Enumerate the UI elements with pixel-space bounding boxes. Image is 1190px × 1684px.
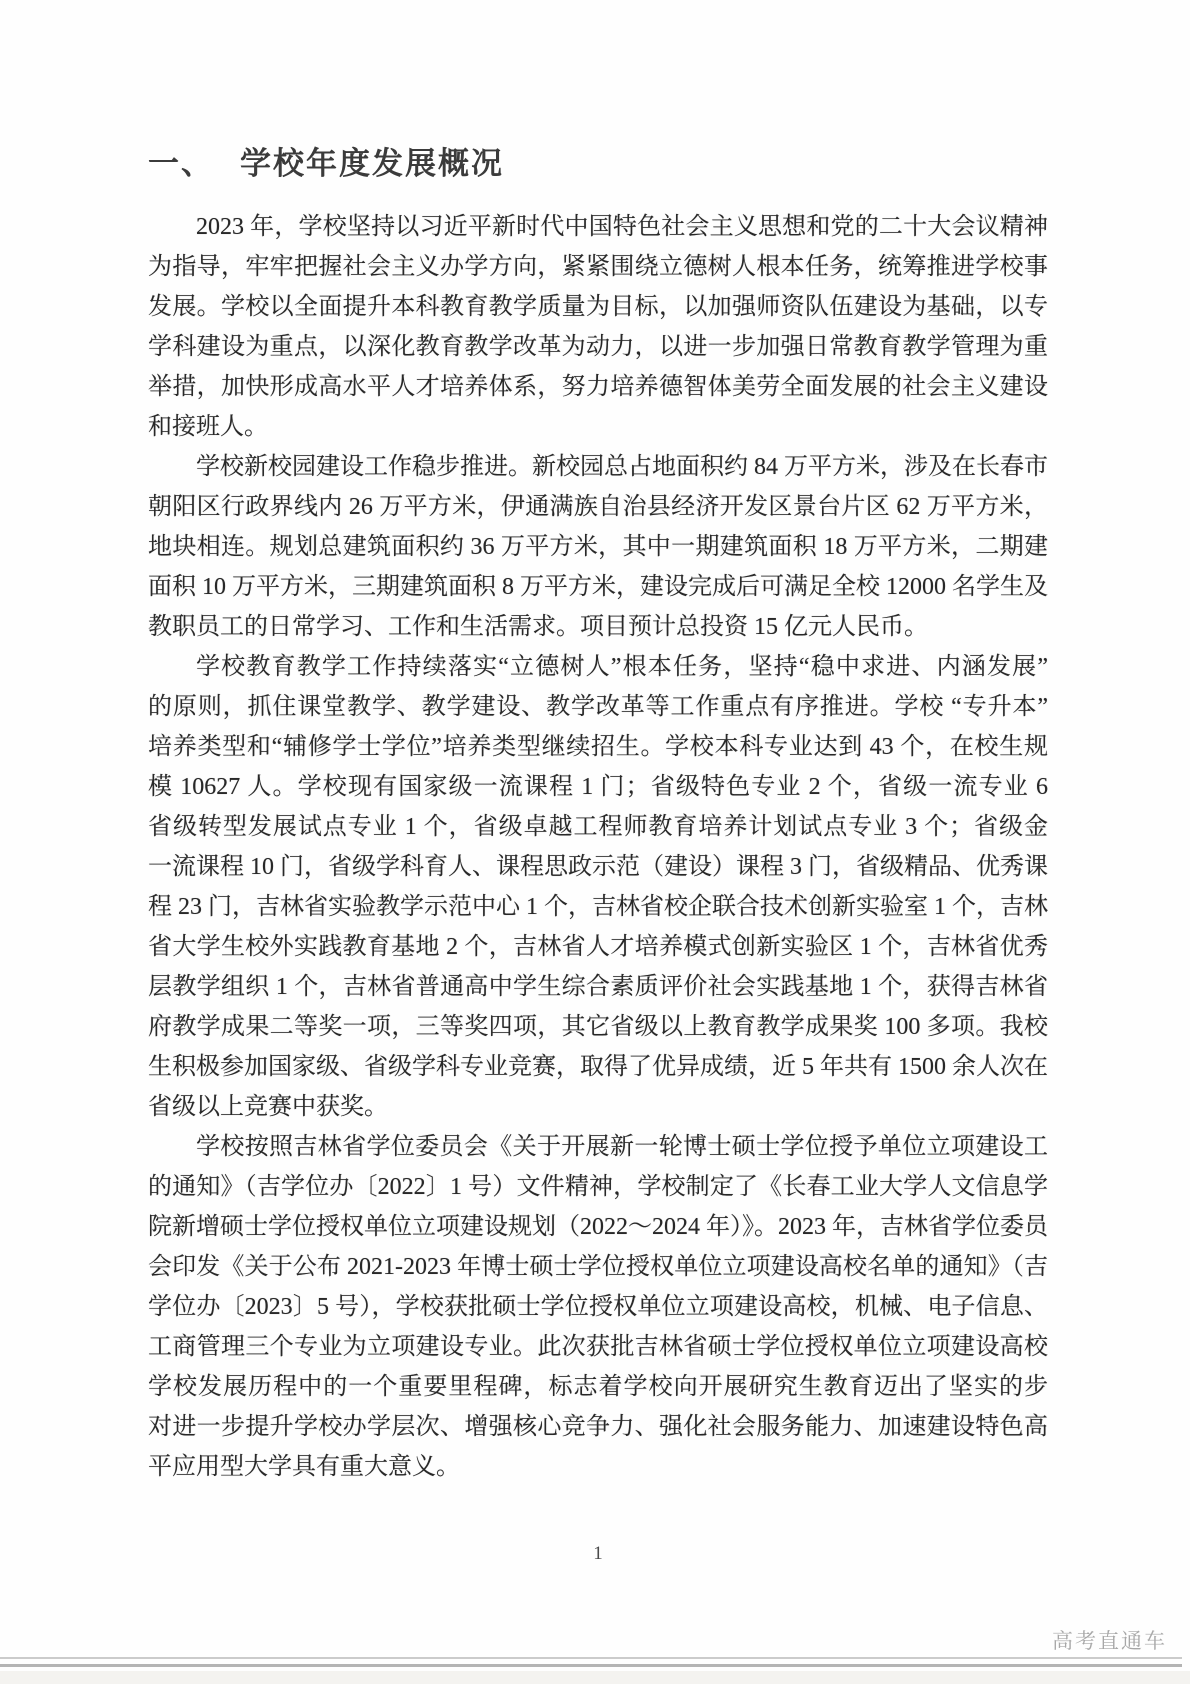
text-line: 学位办〔2023〕5 号），学校获批硕士学位授权单位立项建设高校，机械、电子信息… (148, 1287, 1048, 1327)
text-line: 和接班人。 (148, 407, 1048, 447)
text-line: 会印发《关于公布 2021-2023 年博士硕士学位授权单位立项建设高校名单的通… (148, 1247, 1048, 1287)
text-line: 举措，加快形成高水平人才培养体系，努力培养德智体美劳全面发展的社会主义建设者 (148, 367, 1048, 407)
bottom-rule-lower (0, 1664, 1182, 1667)
text-line: 模 10627 人。学校现有国家级一流课程 1 门；省级特色专业 2 个，省级一… (148, 767, 1048, 807)
text-line: 教职员工的日常学习、工作和生活需求。项目预计总投资 15 亿元人民币。 (148, 607, 1048, 647)
text-line: 发展。学校以全面提升本科教育教学质量为目标，以加强师资队伍建设为基础，以专业 (148, 287, 1048, 327)
text-line: 程 23 门，吉林省实验教学示范中心 1 个，吉林省校企联合技术创新实验室 1 … (148, 887, 1048, 927)
text-line: 培养类型和“辅修学士学位”培养类型继续招生。学校本科专业达到 43 个，在校生规 (148, 727, 1048, 767)
text-line: 省大学生校外实践教育基地 2 个，吉林省人才培养模式创新实验区 1 个，吉林省优… (148, 927, 1048, 967)
text-line: 院新增硕士学位授权单位立项建设规划（2022～2024 年）》。2023 年，吉… (148, 1207, 1048, 1247)
document-page: 一、学校年度发展概况 2023 年，学校坚持以习近平新时代中国特色社会主义思想和… (0, 0, 1190, 1684)
scan-edge-strip (0, 1671, 1190, 1684)
section-title: 学校年度发展概况 (240, 146, 504, 181)
text-line: 学校教育教学工作持续落实“立德树人”根本任务，坚持“稳中求进、内涵发展” (148, 647, 1048, 687)
text-line: 学校发展历程中的一个重要里程碑，标志着学校向开展研究生教育迈出了坚实的步伐， (148, 1367, 1048, 1407)
section-number: 一、 (148, 146, 214, 181)
paragraph: 学校新校园建设工作稳步推进。新校园总占地面积约 84 万平方米，涉及在长春市朝阳… (148, 447, 1048, 647)
text-line: 学校新校园建设工作稳步推进。新校园总占地面积约 84 万平方米，涉及在长春市 (148, 447, 1048, 487)
text-line: 2023 年，学校坚持以习近平新时代中国特色社会主义思想和党的二十大会议精神 (148, 207, 1048, 247)
watermark-text: 高考直通车 (1052, 1629, 1167, 1655)
text-line: 生积极参加国家级、省级学科专业竞赛，取得了优异成绩，近 5 年共有 1500 余… (148, 1047, 1048, 1087)
text-line: 省级以上竞赛中获奖。 (148, 1087, 1048, 1127)
text-line: 对进一步提升学校办学层次、增强核心竞争力、强化社会服务能力、加速建设特色高水 (148, 1407, 1048, 1447)
text-line: 为指导，牢牢把握社会主义办学方向，紧紧围绕立德树人根本任务，统筹推进学校事业 (148, 247, 1048, 287)
text-line: 学科建设为重点，以深化教育教学改革为动力，以进一步加强日常教育教学管理为重要 (148, 327, 1048, 367)
text-line: 的通知》（吉学位办〔2022〕1 号）文件精神，学校制定了《长春工业大学人文信息… (148, 1167, 1048, 1207)
paragraph: 学校按照吉林省学位委员会《关于开展新一轮博士硕士学位授予单位立项建设工作的通知》… (148, 1127, 1048, 1487)
paragraph: 学校教育教学工作持续落实“立德树人”根本任务，坚持“稳中求进、内涵发展”的原则，… (148, 647, 1048, 1127)
body-text: 2023 年，学校坚持以习近平新时代中国特色社会主义思想和党的二十大会议精神为指… (148, 207, 1048, 1487)
text-line: 平应用型大学具有重大意义。 (148, 1447, 1048, 1487)
text-line: 府教学成果二等奖一项，三等奖四项，其它省级以上教育教学成果奖 100 多项。我校… (148, 1007, 1048, 1047)
text-line: 工商管理三个专业为立项建设专业。此次获批吉林省硕士学位授权单位立项建设高校是 (148, 1327, 1048, 1367)
text-line: 省级转型发展试点专业 1 个，省级卓越工程师教育培养计划试点专业 3 个；省级金… (148, 807, 1048, 847)
text-line: 的原则，抓住课堂教学、教学建设、教学改革等工作重点有序推进。学校 “专升本” (148, 687, 1048, 727)
section-heading: 一、学校年度发展概况 (148, 144, 504, 184)
text-line: 朝阳区行政界线内 26 万平方米，伊通满族自治县经济开发区景台片区 62 万平方… (148, 487, 1048, 527)
text-line: 面积 10 万平方米，三期建筑面积 8 万平方米，建设完成后可满足全校 1200… (148, 567, 1048, 607)
text-line: 地块相连。规划总建筑面积约 36 万平方米，其中一期建筑面积 18 万平方米，二… (148, 527, 1048, 567)
paragraph: 2023 年，学校坚持以习近平新时代中国特色社会主义思想和党的二十大会议精神为指… (148, 207, 1048, 447)
page-number: 1 (148, 1543, 1048, 1565)
bottom-rule-upper (0, 1657, 1182, 1659)
text-line: 层教学组织 1 个，吉林省普通高中学生综合素质评价社会实践基地 1 个，获得吉林… (148, 967, 1048, 1007)
text-line: 学校按照吉林省学位委员会《关于开展新一轮博士硕士学位授予单位立项建设工作 (148, 1127, 1048, 1167)
text-line: 一流课程 10 门，省级学科育人、课程思政示范（建设）课程 3 门，省级精品、优… (148, 847, 1048, 887)
